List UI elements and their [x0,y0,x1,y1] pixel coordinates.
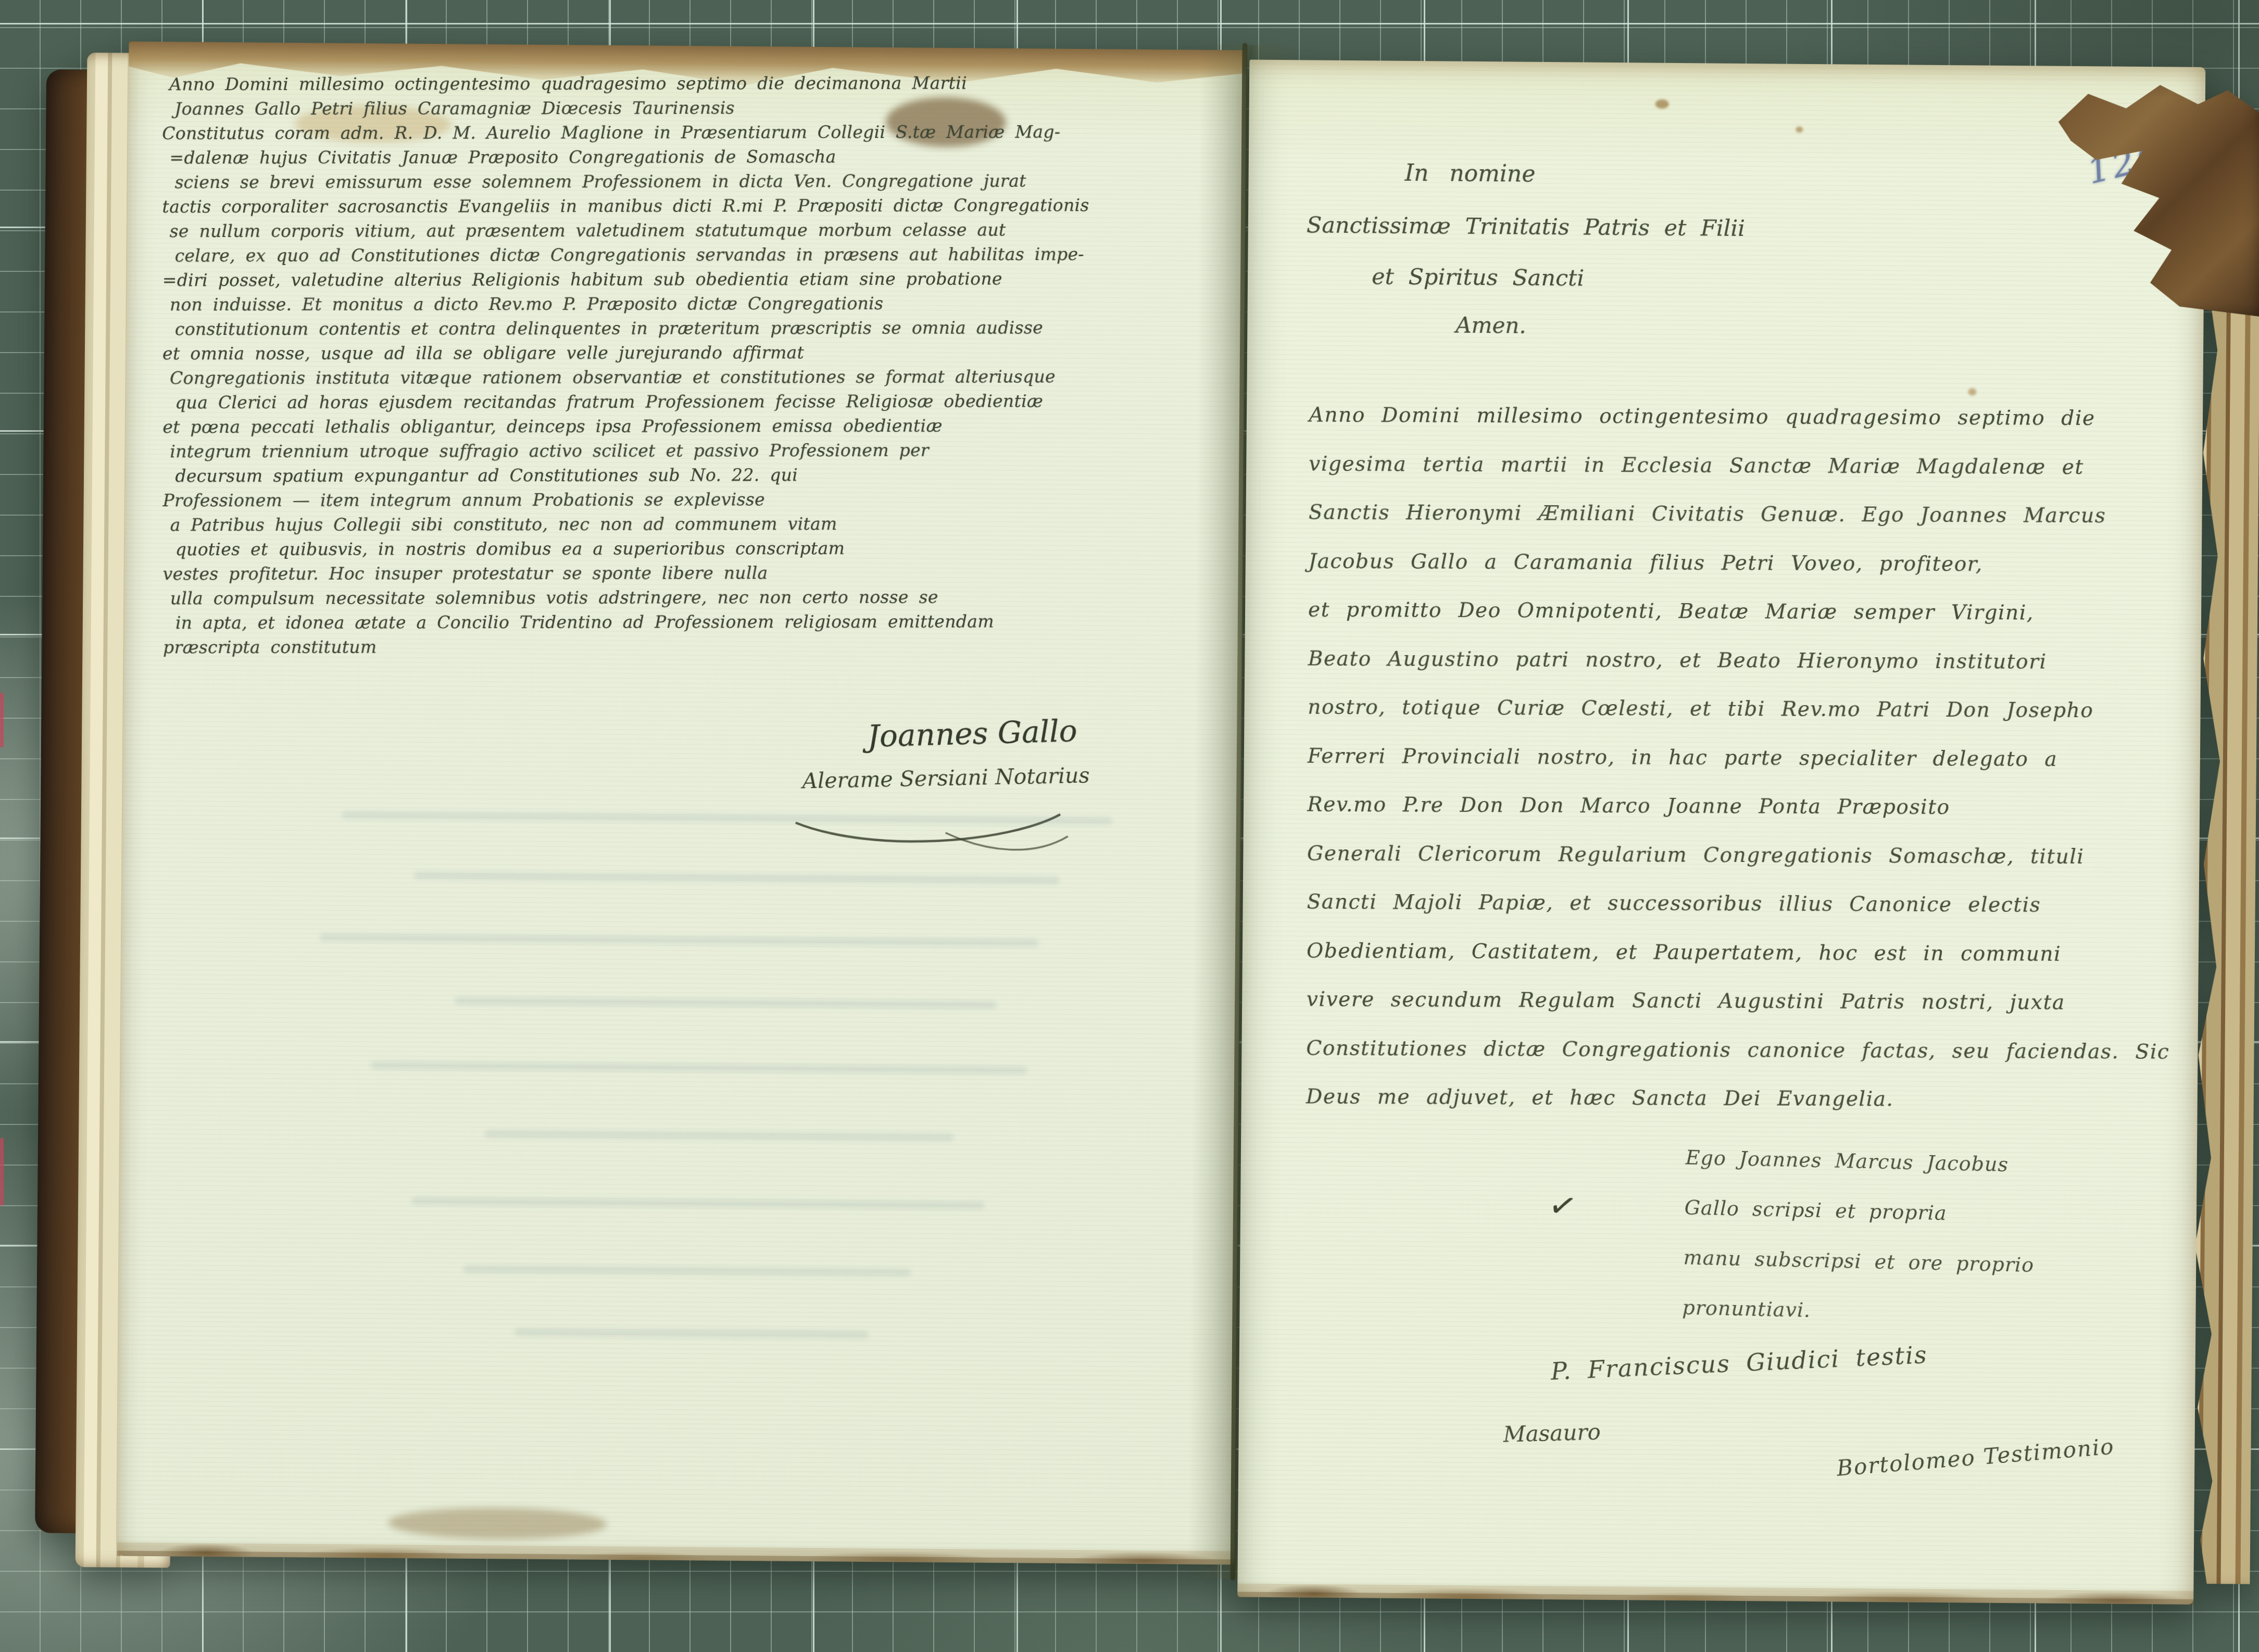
manuscript-line: integrum triennium utroque suffragio act… [170,437,1216,464]
mat-edge-red-sliver [0,1138,4,1206]
manuscript-line: Congregationis instituta vitæque ratione… [170,364,1216,391]
manuscript-line: Sancti Majoli Papiæ, et successoribus il… [1307,878,2192,930]
manuscript-line: quoties et quibusvis, in nostris domibus… [175,535,1217,561]
heading-line: In nomine [1404,160,1535,187]
manuscript-line: Beato Augustino patri nostro, et Beato H… [1308,634,2193,687]
manuscript-line: vestes profitetur. Hoc insuper protestat… [163,560,1217,586]
manuscript-line: Jacobus Gallo a Caramania filius Petri V… [1308,537,2193,590]
manuscript-line: a Patribus hujus Collegii sibi constitut… [170,511,1217,537]
manuscript-line: decursum spatium expungantur ad Constitu… [175,462,1216,488]
manuscript-line: non induisse. Et monitus a dicto Rev.mo … [170,291,1216,317]
mat-edge-red-sliver [0,693,4,747]
open-manuscript-book: N. 2 lex Sb Anno Domini millesimo octing… [30,20,2259,1607]
manuscript-line: vigesima tertia martii in Ecclesia Sanct… [1309,440,2194,492]
ink-showthrough [485,1130,953,1141]
manuscript-line: qua Clerici ad horas ejusdem recitandas … [175,389,1216,415]
manuscript-line: Rev.mo P.re Don Don Marco Joanne Ponta P… [1307,780,2192,833]
manuscript-line: et omnia nosse, usque ad illa se obligar… [162,340,1216,366]
heading-line: Amen. [1455,312,1526,339]
manuscript-line: se nullum corporis vitium, aut præsentem… [170,217,1216,244]
bottom-edge-stain [1237,1563,2193,1604]
manuscript-line: Anno Domini millesimo octingentesimo qua… [1309,391,2194,443]
signature-flourish [789,803,1081,862]
bottom-edge-stain [117,1523,1235,1565]
manuscript-line: et pœna peccati lethalis obligantur, dei… [162,413,1216,440]
manuscript-line: præscripta constitutum [163,633,1217,660]
manuscript-line: Deus me adjuvet, et hæc Sancta Dei Evang… [1306,1072,2191,1125]
manuscript-line: =diri posset, valetudine alterius Religi… [162,266,1216,293]
signature-joannes-gallo: Joannes Gallo [763,710,1181,757]
heading-line: Sanctissimæ Trinitatis Patris et Filii [1307,212,1745,242]
manuscript-line: Constitutus coram adm. R. D. M. Aurelio … [162,119,1216,146]
signature-notary-line: Alerame Sersiani Notarius [659,760,1233,796]
manuscript-line: tactis corporaliter sacrosanctis Evangel… [162,193,1216,219]
manuscript-line: Obedientiam, Castitatem, et Paupertatem,… [1307,927,2192,979]
manuscript-line: constitutionum contentis et contra delin… [175,315,1216,341]
manuscript-line: Joannes Gallo Petri filius Caramagniæ Di… [174,95,1216,121]
manuscript-line: manu subscripsi et ore proprio [1683,1232,2035,1290]
manuscript-line: ulla compulsum necessitate solemnibus vo… [170,584,1217,611]
ink-showthrough [320,934,1038,947]
witness-signature: Masauro [1503,1419,1601,1447]
manuscript-line: =dalenæ hujus Civitatis Januæ Præposito … [169,144,1216,170]
left-manuscript-page: Anno Domini millesimo octingentesimo qua… [117,42,1247,1565]
right-manuscript-page: 126 In nomine Sanctissimæ Trinitatis Pat… [1237,60,2205,1605]
manuscript-line: et promitto Deo Omnipotenti, Beatæ Mariæ… [1308,585,2193,638]
manuscript-line: Generali Clericorum Regularium Congregat… [1307,829,2192,882]
ink-showthrough [411,1197,984,1209]
right-page-text-block: Anno Domini millesimo octingentesimo qua… [1306,391,2194,1125]
foxing-spot [1655,99,1669,109]
ink-showthrough [414,872,1060,884]
manuscript-line: in apta, et idonea ætate a Concilio Trid… [175,609,1217,635]
heading-line: et Spiritus Sancti [1372,264,1584,291]
manuscript-line: Ego Joannes Marcus Jacobus [1685,1132,2037,1190]
left-page-text-block: Anno Domini millesimo octingentesimo qua… [169,70,1217,660]
witness-signature: P. Franciscus Giudici testis [1550,1341,1928,1385]
witness-signature: Bortolomeo Testimonio [1836,1433,2115,1481]
manuscript-line: Gallo scripsi et propria [1684,1182,2036,1240]
manuscript-line: Ferreri Provinciali nostro, in hac parte… [1308,732,2193,784]
manuscript-line: Constitutiones dictæ Congregationis cano… [1306,1024,2191,1077]
check-mark: ✓ [1545,1184,1580,1228]
manuscript-line: Anno Domini millesimo octingentesimo qua… [169,70,1216,97]
ink-showthrough [463,1266,911,1276]
manuscript-line: celare, ex quo ad Constitutiones dictæ C… [175,242,1216,268]
closing-attestation-block: Ego Joannes Marcus Jacobus Gallo scripsi… [1682,1132,2037,1340]
foxing-stain [388,1507,607,1540]
manuscript-line: Sanctis Hieronymi Æmiliani Civitatis Gen… [1309,488,2194,541]
ink-showthrough [455,997,996,1009]
manuscript-line: nostro, totique Curiæ Cœlesti, et tibi R… [1308,683,2193,735]
manuscript-line: Professionem — item integrum annum Proba… [163,486,1217,513]
manuscript-line: vivere secundum Regulam Sancti Augustini… [1307,975,2192,1028]
manuscript-line: sciens se brevi emissurum esse solemnem … [174,168,1216,194]
foxing-spot [1796,127,1803,133]
ink-showthrough [514,1329,869,1338]
photo-scene: N. 2 lex Sb Anno Domini millesimo octing… [0,0,2259,1652]
manuscript-line: pronuntiavi. [1682,1282,2034,1340]
ink-showthrough [371,1061,1027,1074]
